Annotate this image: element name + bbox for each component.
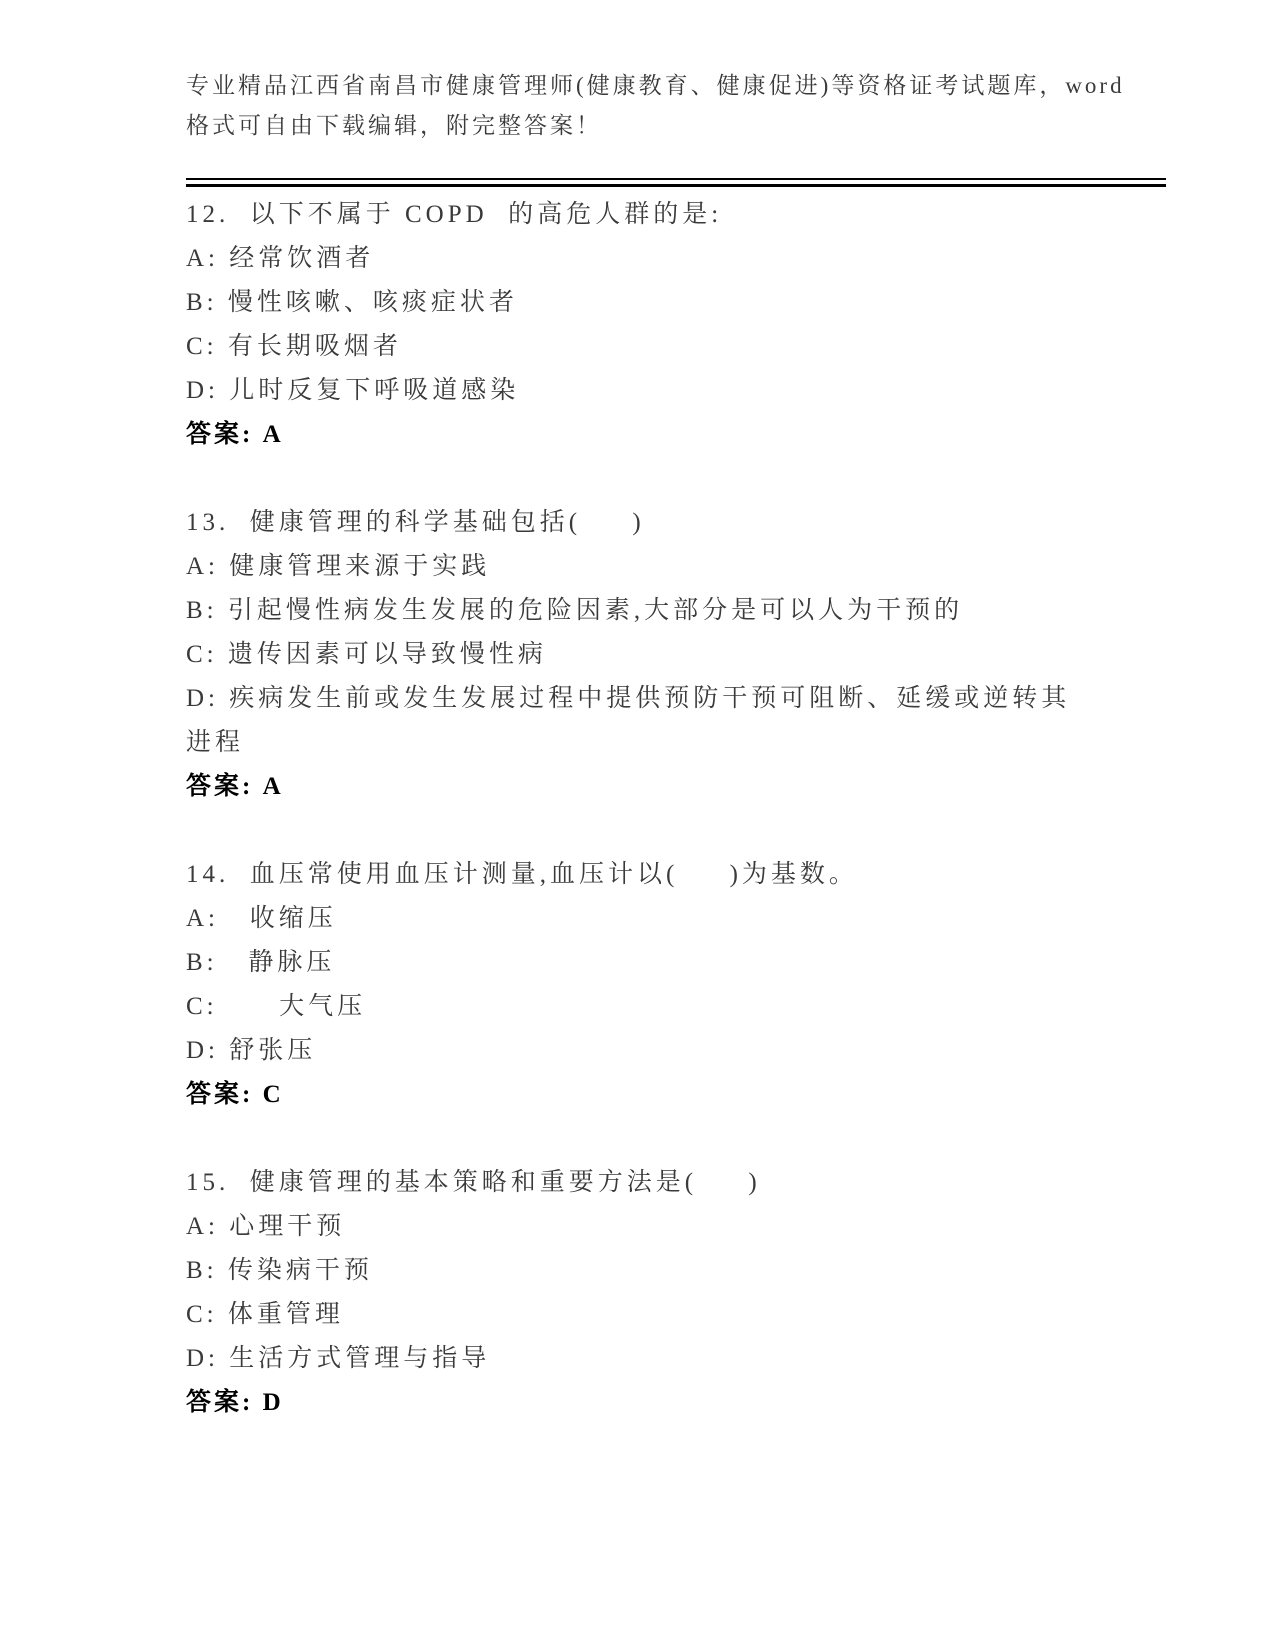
option-line: C: 遗传因素可以导致慢性病 (186, 633, 1175, 677)
header-text-line-1: 专业精品江西省南昌市健康管理师(健康教育、健康促进)等资格证考试题库，word (186, 66, 1175, 106)
question-title: 15. 健康管理的基本策略和重要方法是( ) (186, 1161, 1175, 1205)
answer-line: 答案: A (186, 413, 1175, 457)
option-line: D: 生活方式管理与指导 (186, 1337, 1175, 1381)
page-header: 专业精品江西省南昌市健康管理师(健康教育、健康促进)等资格证考试题库，word … (186, 66, 1175, 146)
question-block-14: 14. 血压常使用血压计测量,血压计以( )为基数。A: 收缩压B: 静脉压C:… (186, 853, 1175, 1117)
option-line: A: 健康管理来源于实践 (186, 545, 1175, 589)
question-title: 12. 以下不属于 COPD 的高危人群的是: (186, 193, 1175, 237)
option-line: A: 经常饮酒者 (186, 237, 1175, 281)
question-title: 14. 血压常使用血压计测量,血压计以( )为基数。 (186, 853, 1175, 897)
option-line: C: 大气压 (186, 985, 1175, 1029)
option-line: B: 静脉压 (186, 941, 1175, 985)
question-block-15: 15. 健康管理的基本策略和重要方法是( )A: 心理干预B: 传染病干预C: … (186, 1161, 1175, 1425)
header-double-rule (186, 178, 1166, 187)
option-line: A: 收缩压 (186, 897, 1175, 941)
option-line: B: 慢性咳嗽、咳痰症状者 (186, 281, 1175, 325)
answer-line: 答案: A (186, 765, 1175, 809)
option-line: B: 引起慢性病发生发展的危险因素,大部分是可以人为干预的 (186, 589, 1175, 633)
option-line: D: 舒张压 (186, 1029, 1175, 1073)
answer-line: 答案: C (186, 1073, 1175, 1117)
option-line: D: 疾病发生前或发生发展过程中提供预防干预可阻断、延缓或逆转其 (186, 677, 1175, 721)
header-text-line-2: 格式可自由下载编辑，附完整答案！ (186, 106, 1175, 146)
option-line: A: 心理干预 (186, 1205, 1175, 1249)
option-line: C: 体重管理 (186, 1293, 1175, 1337)
answer-line: 答案: D (186, 1381, 1175, 1425)
question-list: 12. 以下不属于 COPD 的高危人群的是:A: 经常饮酒者B: 慢性咳嗽、咳… (186, 193, 1175, 1425)
option-line: 进程 (186, 721, 1175, 765)
question-block-13: 13. 健康管理的科学基础包括( )A: 健康管理来源于实践B: 引起慢性病发生… (186, 501, 1175, 809)
document-page: 专业精品江西省南昌市健康管理师(健康教育、健康促进)等资格证考试题库，word … (0, 0, 1275, 1650)
question-title: 13. 健康管理的科学基础包括( ) (186, 501, 1175, 545)
question-block-12: 12. 以下不属于 COPD 的高危人群的是:A: 经常饮酒者B: 慢性咳嗽、咳… (186, 193, 1175, 457)
option-line: B: 传染病干预 (186, 1249, 1175, 1293)
option-line: C: 有长期吸烟者 (186, 325, 1175, 369)
option-line: D: 儿时反复下呼吸道感染 (186, 369, 1175, 413)
